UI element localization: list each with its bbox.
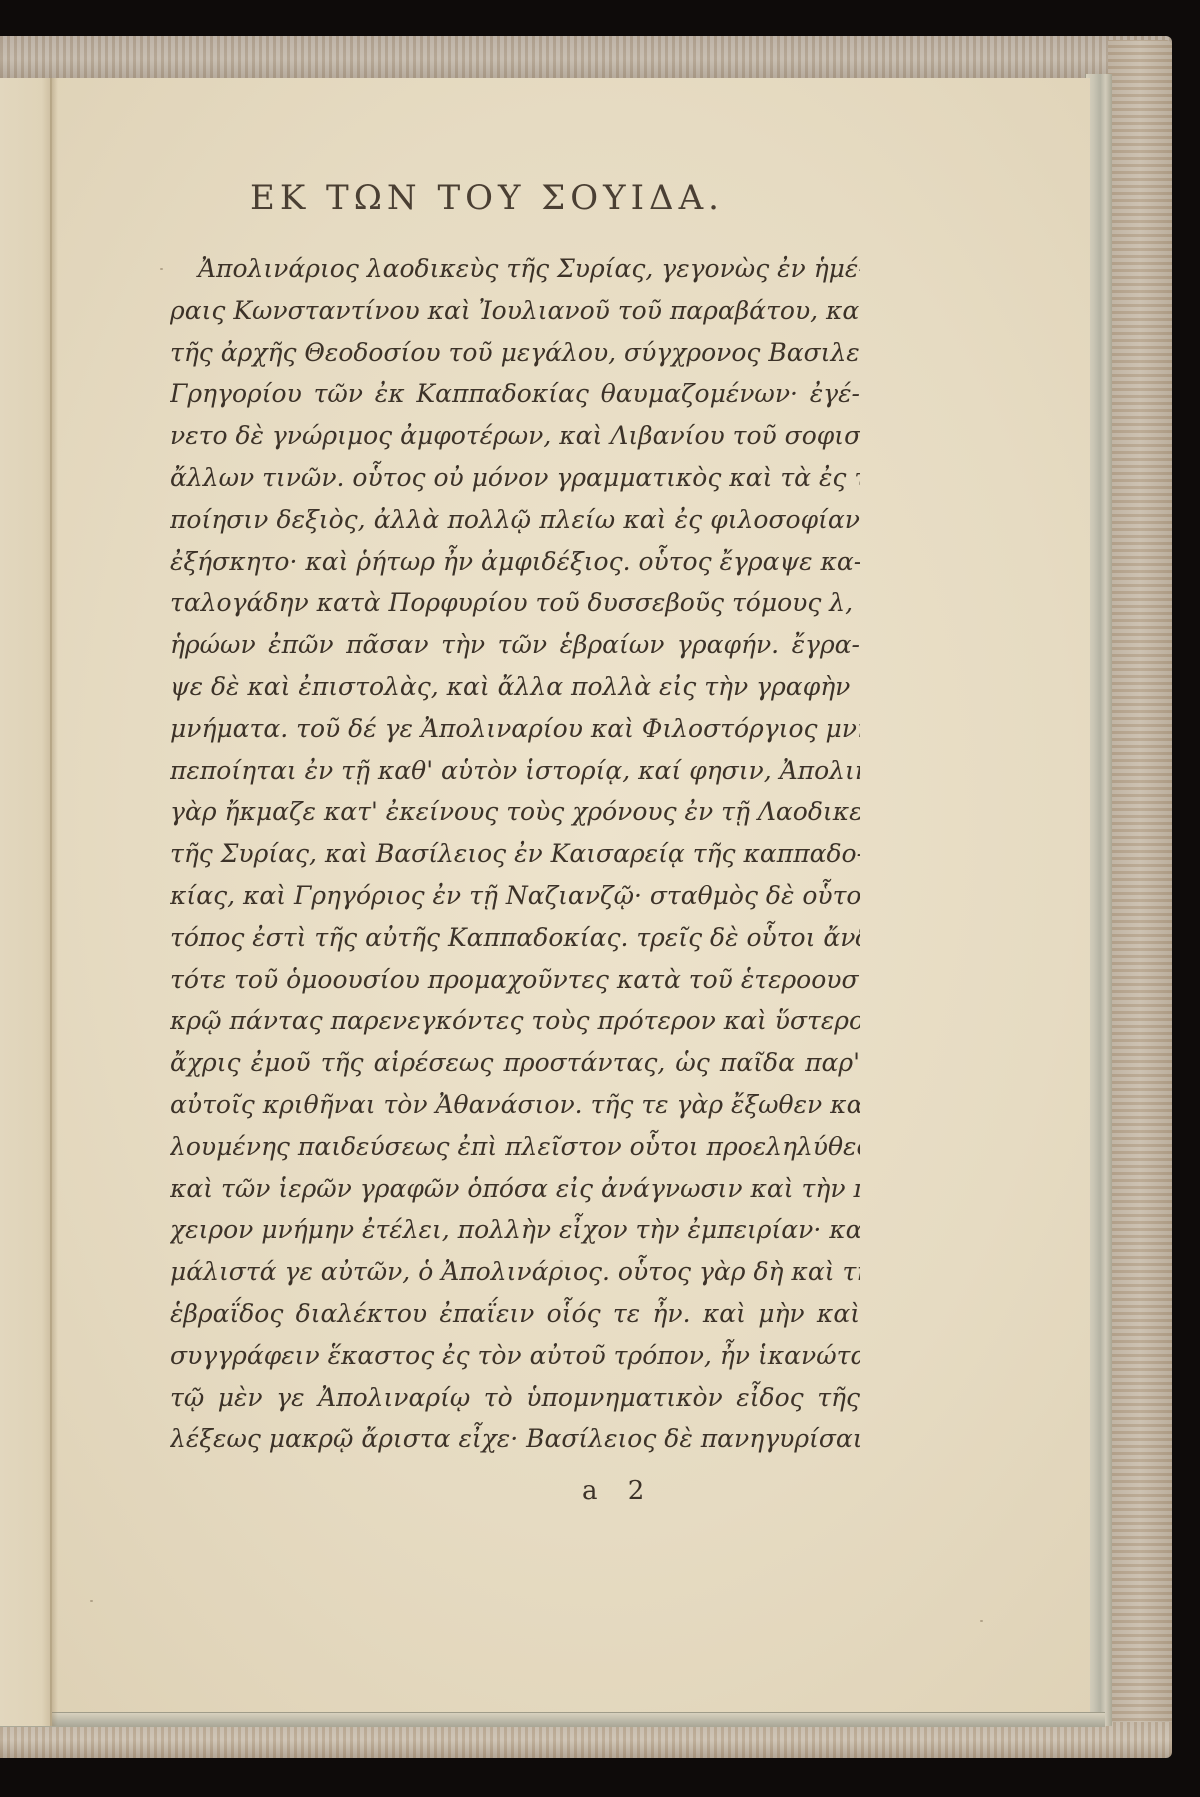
text-line: Ἀπολινάριος λαοδικεὺς τῆς Συρίας, γεγονὼ…	[170, 248, 860, 290]
text-line: ἄχρις ἐμοῦ τῆς αἱρέσεως προστάντας, ὡς π…	[170, 1042, 860, 1084]
text-line: συγγράφειν ἕκαστος ἐς τὸν αὐτοῦ τρόπον, …	[170, 1335, 860, 1377]
text-line: ψε δὲ καὶ ἐπιστολὰς, καὶ ἄλλα πολλὰ εἰς …	[170, 666, 860, 708]
text-line: ραις Κωνσταντίνου καὶ Ἰουλιανοῦ τοῦ παρα…	[170, 290, 860, 332]
text-line: ἄλλων τινῶν. οὗτος οὐ μόνον γραμματικὸς …	[170, 457, 860, 499]
text-line: μάλιστά γε αὐτῶν, ὁ Ἀπολινάριος. οὗτος γ…	[170, 1251, 860, 1293]
text-line: πεποίηται ἐν τῇ καθ' αὑτὸν ἱστορίᾳ, καί …	[170, 750, 860, 792]
signature-mark: a 2	[582, 1476, 644, 1506]
text-line: κρῷ πάντας παρενεγκόντες τοὺς πρότερον κ…	[170, 1000, 860, 1042]
text-line: τῷ μὲν γε Ἀπολιναρίῳ τὸ ὑπομνηματικὸν εἶ…	[170, 1377, 860, 1419]
text-line: ἑβραΐδος διαλέκτου ἐπαΐειν οἷός τε ἦν. κ…	[170, 1293, 860, 1335]
paper-speck	[980, 1620, 983, 1622]
text-line: αὐτοῖς κριθῆναι τὸν Ἀθανάσιον. τῆς τε γὰ…	[170, 1084, 860, 1126]
text-line: νετο δὲ γνώριμος ἀμφοτέρων, καὶ Λιβανίου…	[170, 415, 860, 457]
text-line: λουμένης παιδεύσεως ἐπὶ πλεῖστον οὗτοι π…	[170, 1126, 860, 1168]
text-line: ἐξήσκητο· καὶ ῥήτωρ ἦν ἀμφιδέξιος. οὗτος…	[170, 541, 860, 583]
running-title: ΕΚ ΤΩΝ ΤΟΥ ΣΟΥΙΔΑ.	[250, 178, 750, 218]
text-line: τότε τοῦ ὁμοουσίου προμαχοῦντες κατὰ τοῦ…	[170, 959, 860, 1001]
gutter-fold	[50, 78, 58, 1726]
paper-speck	[90, 1600, 93, 1602]
text-line: γὰρ ἤκμαζε κατ' ἐκείνους τοὺς χρόνους ἐν…	[170, 791, 860, 833]
text-line: ταλογάδην κατὰ Πορφυρίου τοῦ δυσσεβοῦς τ…	[170, 582, 860, 624]
text-line: τόπος ἐστὶ τῆς αὐτῆς Καππαδοκίας. τρεῖς …	[170, 917, 860, 959]
book-binding-right	[1108, 40, 1172, 1756]
paper-speck	[160, 268, 163, 270]
page-block-edge-bottom	[0, 1712, 1105, 1727]
text-line: τῆς Συρίας, καὶ Βασίλειος ἐν Καισαρείᾳ τ…	[170, 833, 860, 875]
text-line: ποίησιν δεξιὸς, ἀλλὰ πολλῷ πλείω καὶ ἐς …	[170, 499, 860, 541]
text-line: λέξεως μακρῷ ἄριστα εἶχε· Βασίλειος δὲ π…	[170, 1418, 860, 1460]
book-binding-top	[0, 36, 1172, 82]
text-line: ἡρώων ἐπῶν πᾶσαν τὴν τῶν ἑβραίων γραφήν.…	[170, 624, 860, 666]
text-line: χειρον μνήμην ἐτέλει, πολλὴν εἶχον τὴν ἐ…	[170, 1209, 860, 1251]
text-line: τῆς ἀρχῆς Θεοδοσίου τοῦ μεγάλου, σύγχρον…	[170, 332, 860, 374]
text-line: Γρηγορίου τῶν ἐκ Καππαδοκίας θαυμαζομένω…	[170, 373, 860, 415]
book-binding-bottom	[0, 1722, 1172, 1758]
text-line: μνήματα. τοῦ δέ γε Ἀπολιναρίου καὶ Φιλοσ…	[170, 708, 860, 750]
previous-page-sliver	[0, 78, 52, 1726]
body-text: Ἀπολινάριος λαοδικεὺς τῆς Συρίας, γεγονὼ…	[170, 248, 860, 1460]
text-line: καὶ τῶν ἱερῶν γραφῶν ὁπόσα εἰς ἀνάγνωσιν…	[170, 1168, 860, 1210]
text-line: κίας, καὶ Γρηγόριος ἐν τῇ Ναζιανζῷ· σταθ…	[170, 875, 860, 917]
